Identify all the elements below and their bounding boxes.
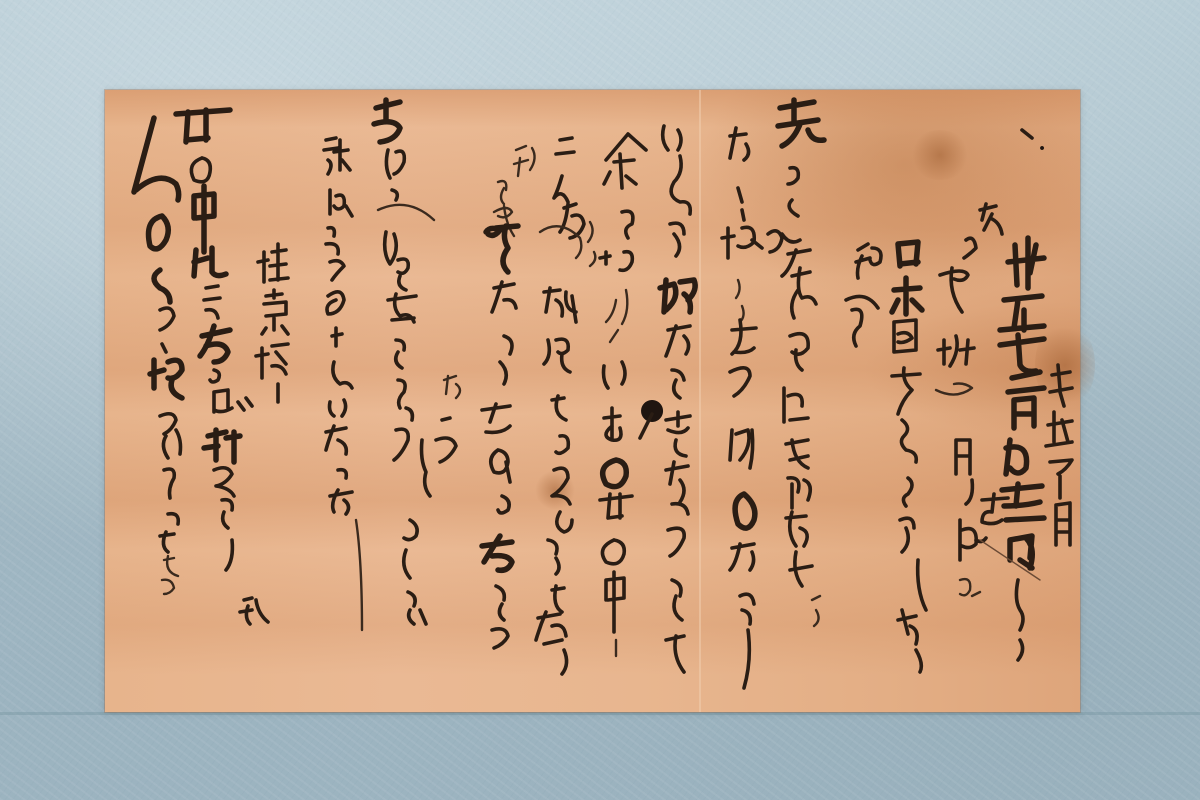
column-14 xyxy=(176,110,268,624)
column-12 xyxy=(324,138,362,630)
column-7 xyxy=(660,126,695,672)
ink-dot-top-right xyxy=(1040,146,1044,150)
calligraphy-ink-layer xyxy=(0,0,1200,800)
column-2 xyxy=(936,204,1008,596)
column-10 xyxy=(482,146,535,648)
column-8 xyxy=(600,134,663,656)
column-11 xyxy=(374,100,460,624)
column-15 xyxy=(134,118,182,594)
column-3 xyxy=(892,242,926,672)
column-6 xyxy=(722,128,762,688)
date-line-column xyxy=(1046,365,1072,545)
column-heavy-date xyxy=(1000,238,1044,660)
signature-column xyxy=(256,244,288,402)
ink-tick-top-right xyxy=(1022,130,1032,138)
column-5 xyxy=(768,100,824,626)
column-9 xyxy=(536,138,610,674)
column-4 xyxy=(846,244,881,346)
